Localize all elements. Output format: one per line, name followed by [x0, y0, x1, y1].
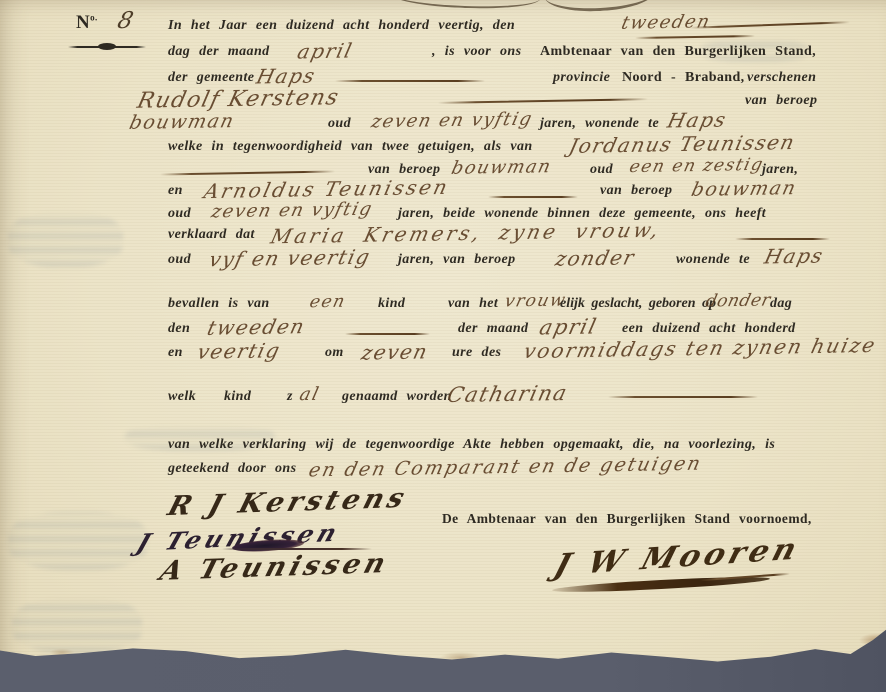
hw-father-age: zeven en vyftig — [369, 109, 535, 133]
printed-line16: van welke verklaring wij de tegenwoordig… — [168, 437, 775, 453]
printed-line15c: genaamd worden — [342, 389, 452, 405]
printed-line12e: dag — [770, 296, 792, 312]
ink-dash — [635, 35, 755, 39]
signature-comparant: R J Kerstens — [164, 483, 412, 522]
printed-line15a: welk kind — [168, 389, 251, 405]
printed-line7c: jaren, — [762, 162, 798, 178]
hw-birth-hour: zeven — [359, 339, 431, 364]
printed-line5b: jaren, wonende te — [540, 116, 659, 132]
hw-witness1-beroep: bouwman — [449, 156, 554, 179]
ink-dash — [735, 238, 830, 240]
printed-line3b: provincie — [553, 70, 610, 86]
printed-line5a: oud — [328, 116, 351, 132]
act-number-label: No. — [76, 12, 98, 34]
printed-line3a: der gemeente — [168, 70, 254, 86]
hw-witness1-name: Jordanus Teunissen — [567, 130, 798, 158]
hw-child-name: Catharina — [445, 381, 570, 407]
ornamental-rule-lens — [98, 43, 116, 50]
printed-line14b: om — [325, 345, 344, 361]
bleedthrough-smudge — [12, 598, 142, 653]
act-number-value: 8 — [115, 8, 137, 34]
cutoff-pen-stroke — [390, 0, 540, 11]
ink-dash — [690, 21, 850, 29]
printed-line15b: z — [287, 389, 293, 405]
hw-mother-name: Maria Kremers, zyne vrouw, — [268, 218, 663, 249]
printed-line12a: bevallen is van — [168, 296, 270, 312]
printed-line11a: oud — [168, 252, 191, 268]
printed-line9a: oud — [168, 206, 191, 222]
hw-zal-fill: al — [298, 384, 322, 405]
printed-line11b: jaren, van beroep — [398, 252, 516, 268]
hw-birth-year: veertig — [195, 338, 283, 363]
hw-witness2-beroep: bouwman — [689, 177, 799, 201]
printed-line4: van beroep — [745, 93, 817, 109]
printed-line3c: Noord - Braband, — [622, 70, 745, 86]
paper-sheet: No. 8 In het Jaar een duizend acht honde… — [0, 0, 886, 692]
official-caption: De Ambtenaar van den Burgerlijken Stand … — [442, 511, 812, 527]
printed-line17: geteekend door ons — [168, 461, 296, 477]
ink-dash — [488, 196, 578, 198]
printed-line7b: oud — [590, 162, 613, 178]
printed-line8b: van beroep — [600, 183, 672, 199]
hw-mother-beroep: zonder — [553, 245, 638, 270]
printed-line1: In het Jaar een duizend acht honderd vee… — [168, 18, 515, 34]
printed-line2a: dag der maand — [168, 44, 270, 60]
printed-line12c: van het — [448, 296, 498, 312]
printed-line14a: en — [168, 345, 183, 361]
printed-line14c: ure des — [452, 345, 501, 361]
printed-line13a: den — [168, 321, 190, 337]
hw-witness1-age: een en zestig — [627, 155, 765, 177]
hw-mother-place: Haps — [762, 243, 826, 268]
hw-weekday: donder — [704, 290, 773, 311]
bleedthrough-smudge — [8, 212, 123, 267]
printed-line11c: wonende te — [676, 252, 750, 268]
printed-line13b: der maand — [458, 321, 528, 337]
printed-line2c: Ambtenaar van den Burgerlijken Stand, — [540, 44, 816, 60]
hw-day-word: tweeden — [619, 11, 712, 34]
scanned-birth-record: { "document_type": "Geboorteakte Burgerl… — [0, 0, 886, 692]
ink-dash — [160, 170, 335, 175]
printed-line6: welke in tegenwoordigheid van twee getui… — [168, 139, 533, 155]
printed-line3d: verschenen — [747, 70, 816, 86]
printed-line2b: , is voor ons — [432, 44, 521, 60]
hw-mother-age: vyf en veertig — [207, 245, 373, 272]
bleedthrough-smudge — [8, 512, 148, 570]
ink-dash — [438, 98, 648, 104]
printed-line12b: kind — [378, 296, 405, 312]
printed-line12d: elijk geslacht, geboren op — [560, 296, 716, 312]
ink-dash — [335, 80, 485, 82]
hw-time-place: voormiddags ten zynen huize — [521, 333, 879, 363]
ink-dash — [345, 333, 430, 335]
hw-witness2-age: zeven en vyftig — [209, 199, 375, 223]
hw-father-name: Rudolf Kerstens — [135, 85, 342, 113]
hw-father-place: Haps — [665, 107, 729, 132]
printed-line8a: en — [168, 183, 183, 199]
ink-dash — [608, 396, 758, 398]
hw-month: april — [295, 39, 355, 64]
hw-birth-day: tweeden — [205, 314, 308, 340]
hw-gemeente: Haps — [254, 63, 318, 88]
hw-father-beroep: bouwman — [127, 110, 237, 134]
hw-birth-month: april — [537, 315, 600, 340]
hw-signed-by: en den Comparant en de getuigen — [307, 453, 705, 482]
hw-kind-count: een — [308, 292, 348, 313]
hw-geslacht: vrouw — [503, 290, 569, 311]
printed-line10: verklaard dat — [168, 227, 255, 243]
